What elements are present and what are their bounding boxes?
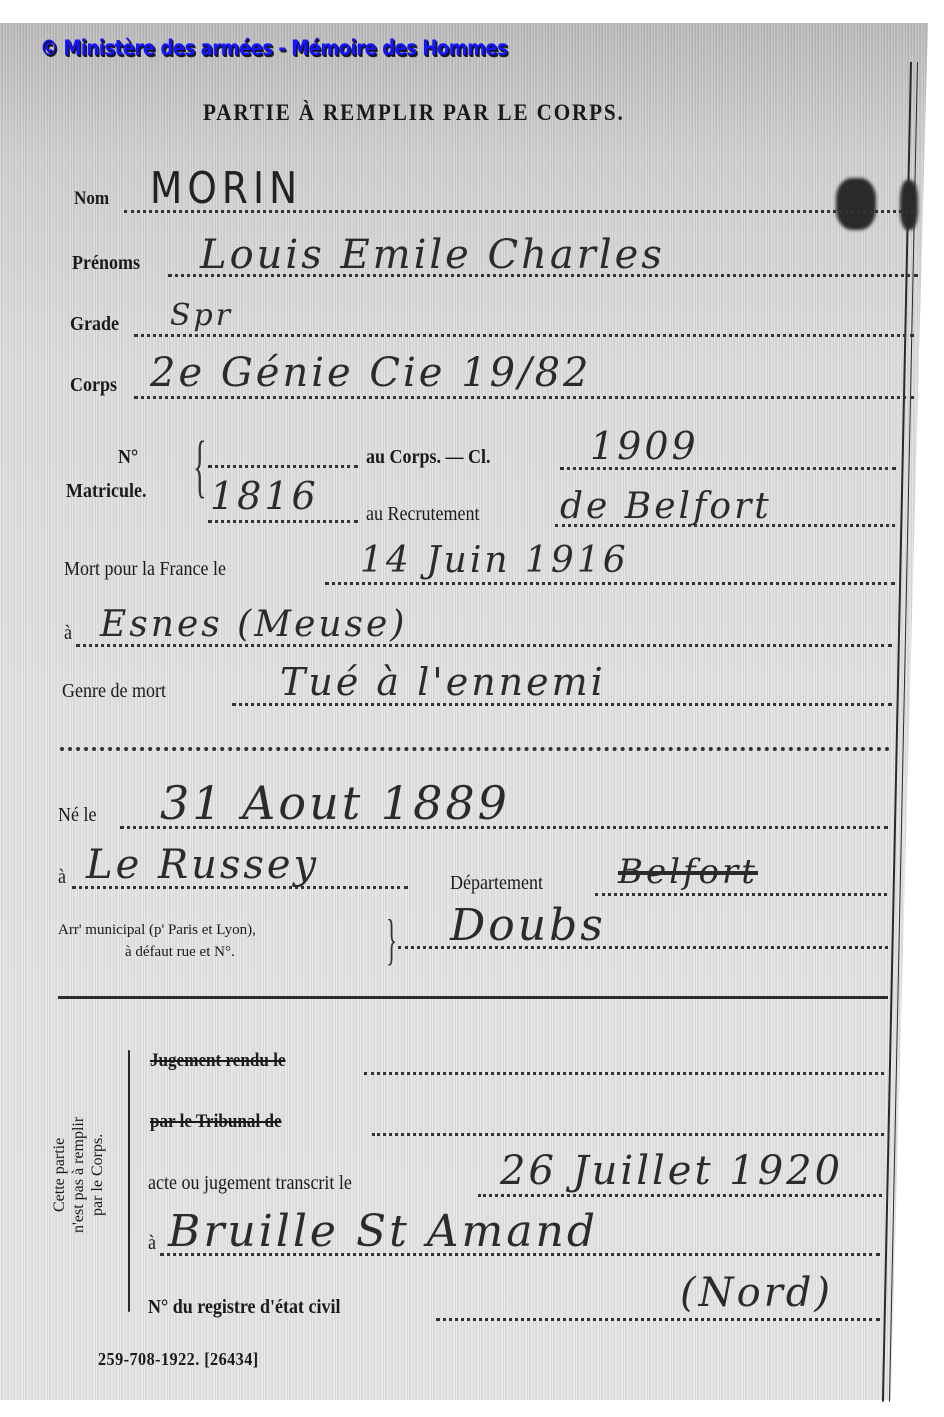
value-genre-de-mort: Tué à l'ennemi (280, 660, 606, 704)
acte-transcrit-line (478, 1194, 882, 1197)
form-reference-number: 259-708-1922. [26434] (98, 1349, 259, 1370)
label-jugement-rendu: Jugement rendu le (150, 1050, 286, 1072)
form-title: PARTIE À REMPLIR PAR LE CORPS. (203, 100, 625, 126)
corps-line (134, 396, 914, 399)
value-departement-struck: Belfort (618, 852, 758, 892)
value-ne-le: 31 Aout 1889 (160, 776, 510, 830)
label-transcrit-a: à (148, 1232, 156, 1255)
matricule-brace: { (193, 432, 206, 502)
label-grade: Grade (70, 313, 119, 336)
margin-ink-mark (836, 178, 876, 230)
label-mort-le: Mort pour la France le (64, 558, 226, 581)
value-ne-a: Le Russey (86, 842, 319, 888)
registre-line (436, 1318, 880, 1321)
value-prenoms: Louis Emile Charles (200, 232, 665, 278)
value-departement: Doubs (450, 900, 606, 951)
value-corps: 2e Génie Cie 19/82 (150, 350, 591, 396)
label-genre-de-mort: Genre de mort (62, 680, 166, 703)
label-registre: N° du registre d'état civil (148, 1296, 341, 1319)
side-note-line2: n'est pas à remplir (70, 1116, 87, 1232)
jugement-rendu-line (364, 1072, 884, 1075)
value-transcrit-le: 26 Juillet 1920 (500, 1148, 843, 1194)
value-classe: 1909 (590, 424, 699, 468)
label-au-corps: au Corps. — Cl. (366, 446, 491, 469)
label-mort-a: à (64, 622, 72, 645)
label-ne-le: Né le (58, 804, 96, 827)
side-note-brace (128, 1050, 130, 1312)
label-corps: Corps (70, 374, 117, 397)
side-note-line1: Cette partie (51, 1137, 68, 1211)
matricule-recrutement-line (208, 520, 358, 523)
value-recrutement: de Belfort (560, 486, 772, 527)
mort-le-line (325, 582, 895, 585)
label-nom: Nom (74, 188, 109, 210)
value-transcrit-a: Bruille St Amand (168, 1206, 598, 1257)
label-au-recrutement: au Recrutement (366, 503, 479, 526)
departement-line (595, 893, 887, 896)
value-mort-a: Esnes (Meuse) (100, 604, 407, 645)
label-departement: Département (450, 872, 543, 895)
blank-line (60, 747, 890, 751)
label-matricule: Matricule. (66, 480, 146, 503)
copyright-watermark: © Ministère des armées - Mémoire des Hom… (40, 36, 507, 60)
grade-line (134, 334, 914, 337)
label-arr-defaut: à défaut rue et N°. (125, 944, 235, 961)
section-divider (58, 996, 888, 999)
label-ne-a: à (58, 866, 66, 889)
par-tribunal-line (372, 1133, 884, 1136)
value-nom: MORIN (150, 163, 302, 214)
value-registre-note: (Nord) (680, 1270, 833, 1316)
label-par-tribunal: par le Tribunal de (150, 1111, 282, 1133)
side-note-line3: par le Corps. (89, 1133, 106, 1215)
value-grade: Spr (170, 298, 233, 333)
value-mort-le: 14 Juin 1916 (360, 540, 629, 581)
label-arr-municipal: Arr' municipal (p' Paris et Lyon), (58, 922, 256, 939)
margin-ink-mark-2 (900, 180, 918, 230)
side-note: Cette partie n'est pas à remplir par le … (50, 1082, 107, 1267)
arr-brace: } (386, 912, 397, 968)
label-prenoms: Prénoms (72, 252, 140, 275)
label-no: N° (118, 446, 138, 469)
label-acte-transcrit: acte ou jugement transcrit le (148, 1172, 352, 1195)
matricule-corps-line (208, 465, 358, 468)
value-matricule-recrutement: 1816 (210, 474, 319, 518)
